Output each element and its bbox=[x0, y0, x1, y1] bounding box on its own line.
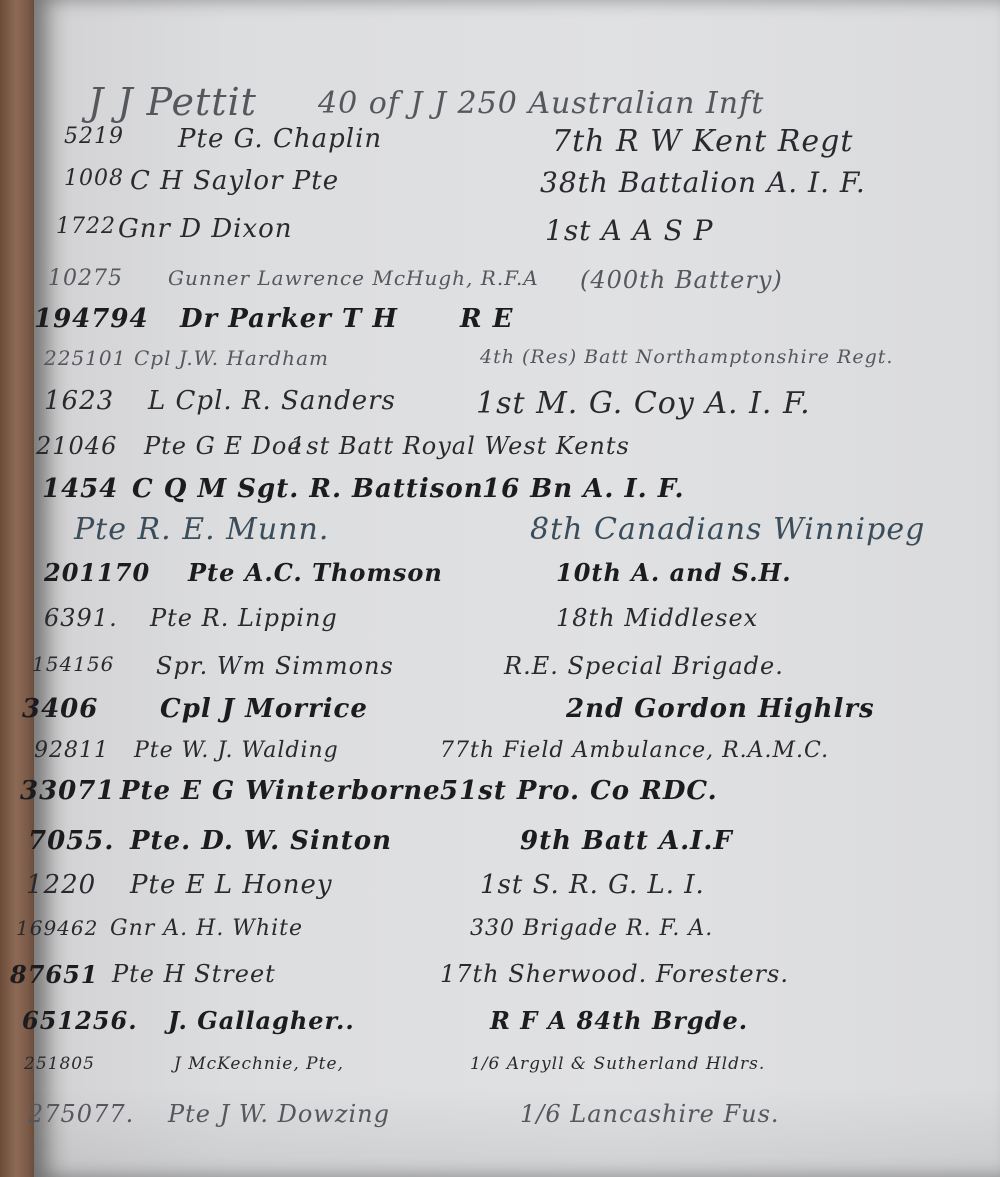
entry-name: J. Gallagher.. bbox=[168, 1006, 355, 1035]
entry-unit: 18th Middlesex bbox=[556, 604, 758, 632]
entry-name: Pte R. E. Munn. bbox=[74, 512, 329, 547]
entry-number: 1623 bbox=[44, 386, 114, 416]
entry-unit: 16 Bn A. I. F. bbox=[482, 474, 685, 504]
entry-number: 1008 bbox=[64, 166, 124, 191]
entry-unit: 38th Battalion A. I. F. bbox=[540, 166, 866, 199]
entry-name: C H Saylor Pte bbox=[130, 166, 339, 196]
entry-number: 651256. bbox=[22, 1006, 138, 1035]
entry-name: Pte G. Chaplin bbox=[178, 124, 382, 154]
entry-number: 6391. bbox=[44, 604, 118, 632]
entry-name: Pte E L Honey bbox=[130, 870, 333, 900]
entry-number: 275077. bbox=[28, 1100, 134, 1128]
entry-unit: 1st S. R. G. L. I. bbox=[480, 870, 705, 900]
entry-unit: R E bbox=[460, 304, 513, 334]
entry-name: Gnr D Dixon bbox=[118, 214, 293, 244]
entry-unit: 1st Batt Royal West Kents bbox=[290, 432, 630, 460]
entry-unit: 17th Sherwood. Foresters. bbox=[440, 960, 789, 988]
entry-unit: 40 of J J 250 Australian Inft bbox=[318, 86, 764, 121]
entry-number: 92811 bbox=[34, 738, 109, 763]
entry-unit: 7th R W Kent Regt bbox=[552, 124, 853, 159]
entry-number: 5219 bbox=[64, 124, 124, 149]
entry-unit: 4th (Res) Batt Northamptonshire Regt. bbox=[480, 346, 893, 368]
entry-number: 169462 bbox=[16, 916, 98, 940]
entry-number: 33071 bbox=[20, 776, 115, 806]
entry-number: 3406 bbox=[22, 694, 98, 724]
entry-name: Cpl J.W. Hardham bbox=[134, 346, 329, 370]
entry-name: Pte W. J. Walding bbox=[134, 738, 339, 763]
entry-number: 87651 bbox=[10, 960, 99, 989]
entry-name: Pte E G Winterborne bbox=[120, 776, 441, 806]
entry-name: Spr. Wm Simmons bbox=[156, 652, 394, 680]
entry-number: 10275 bbox=[48, 266, 123, 291]
entry-name: Pte H Street bbox=[112, 960, 276, 988]
entry-name: Cpl J Morrice bbox=[160, 694, 368, 724]
entry-number: 7055. bbox=[28, 826, 114, 856]
entry-name: L Cpl. R. Sanders bbox=[148, 386, 396, 416]
entry-name: C Q M Sgt. R. Battison bbox=[132, 474, 484, 504]
entry-number: 251805 bbox=[24, 1054, 95, 1074]
entry-unit: 10th A. and S.H. bbox=[556, 558, 792, 587]
entry-number: 201170 bbox=[44, 558, 150, 587]
entry-name: J J Pettit bbox=[88, 80, 257, 124]
entry-unit: 330 Brigade R. F. A. bbox=[470, 916, 713, 941]
entry-name: Pte A.C. Thomson bbox=[188, 558, 443, 587]
entry-number: 1722 bbox=[56, 214, 116, 239]
entry-name: J McKechnie, Pte, bbox=[174, 1054, 344, 1074]
entry-unit: 1/6 Lancashire Fus. bbox=[520, 1100, 780, 1128]
entry-unit: 1st A A S P bbox=[545, 214, 714, 247]
entry-name: Gunner Lawrence McHugh, R.F.A bbox=[168, 266, 539, 290]
entry-name: Pte R. Lipping bbox=[150, 604, 338, 632]
entry-number: 225101 bbox=[44, 346, 126, 370]
entry-unit: R F A 84th Brgde. bbox=[490, 1006, 748, 1035]
entry-number: 1454 bbox=[42, 474, 118, 504]
entry-unit: 1st M. G. Coy A. I. F. bbox=[476, 386, 811, 421]
entry-name: Pte G E Doe bbox=[144, 432, 302, 460]
entry-unit: 77th Field Ambulance, R.A.M.C. bbox=[440, 738, 829, 763]
entry-unit: (400th Battery) bbox=[580, 266, 783, 294]
entry-number: 194794 bbox=[34, 304, 149, 334]
entry-unit: 2nd Gordon Highlrs bbox=[566, 694, 875, 724]
entry-unit: 9th Batt A.I.F bbox=[520, 826, 733, 856]
entry-name: Dr Parker T H bbox=[180, 304, 398, 334]
entry-unit: 51st Pro. Co RDC. bbox=[440, 776, 718, 806]
entry-number: 154156 bbox=[32, 652, 114, 676]
entry-unit: 8th Canadians Winnipeg bbox=[530, 512, 925, 547]
entry-name: Gnr A. H. White bbox=[110, 916, 303, 941]
entry-name: Pte J W. Dowzing bbox=[168, 1100, 390, 1128]
entry-number: 1220 bbox=[26, 870, 96, 900]
entry-unit: 1/6 Argyll & Sutherland Hldrs. bbox=[470, 1054, 765, 1074]
entry-name: Pte. D. W. Sinton bbox=[130, 826, 392, 856]
entry-number: 21046 bbox=[36, 432, 117, 460]
entry-unit: R.E. Special Brigade. bbox=[504, 652, 784, 680]
